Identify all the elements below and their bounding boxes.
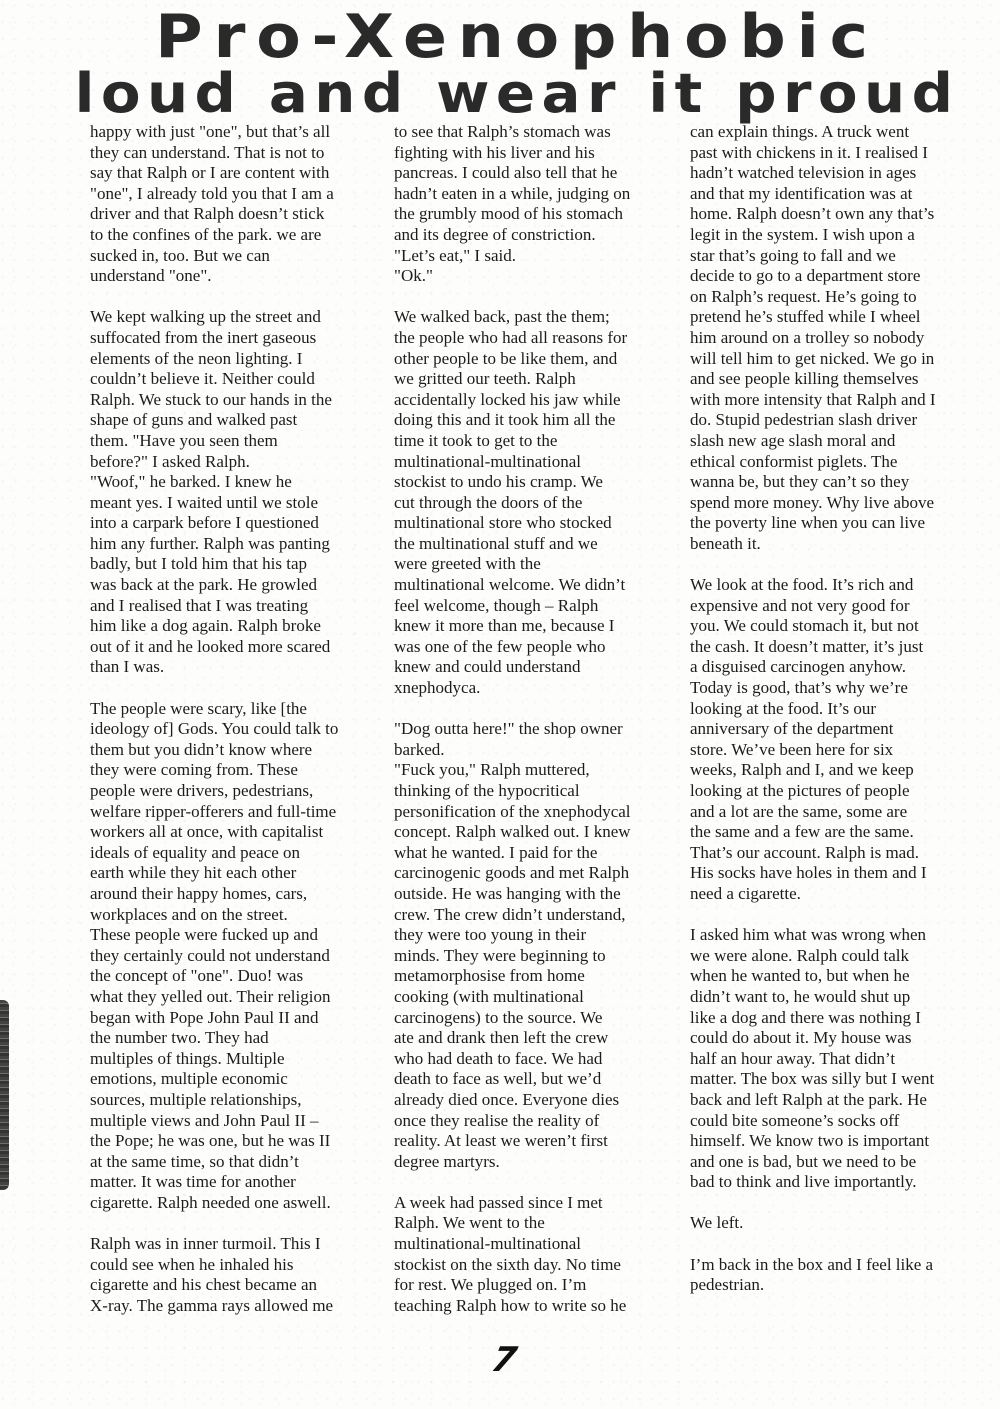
paragraph: We left. xyxy=(690,1213,975,1234)
title-line-1: Pro-Xenophobic xyxy=(36,8,997,66)
paragraph: We walked back, past the them; the peopl… xyxy=(394,307,679,698)
article-title: Pro-Xenophobic loud and wear it proud xyxy=(72,8,962,122)
article-body: happy with just "one", but that’s all th… xyxy=(90,122,970,1312)
column-3: can explain things. A truck went past wi… xyxy=(690,122,975,1316)
paragraph: to see that Ralph’s stomach was fighting… xyxy=(394,122,679,287)
paragraph: can explain things. A truck went past wi… xyxy=(690,122,975,554)
column-2: to see that Ralph’s stomach was fighting… xyxy=(394,122,679,1337)
column-1: happy with just "one", but that’s all th… xyxy=(90,122,375,1337)
paragraph: We look at the food. It’s rich and expen… xyxy=(690,575,975,905)
paragraph: The people were scary, like [the ideolog… xyxy=(90,699,375,1214)
paragraph: I’m back in the box and I feel like a pe… xyxy=(690,1255,975,1296)
paragraph: A week had passed since I met Ralph. We … xyxy=(394,1193,679,1317)
paragraph: I asked him what was wrong when we were … xyxy=(690,925,975,1193)
paragraph: "Dog outta here!" the shop owner barked.… xyxy=(394,719,679,1172)
binding-edge-shadow xyxy=(0,1000,9,1190)
page-number: 7 xyxy=(480,1340,529,1380)
title-line-2: loud and wear it proud xyxy=(41,66,993,122)
paragraph: We kept walking up the street and suffoc… xyxy=(90,307,375,678)
paragraph: happy with just "one", but that’s all th… xyxy=(90,122,375,287)
paragraph: Ralph was in inner turmoil. This I could… xyxy=(90,1234,375,1316)
